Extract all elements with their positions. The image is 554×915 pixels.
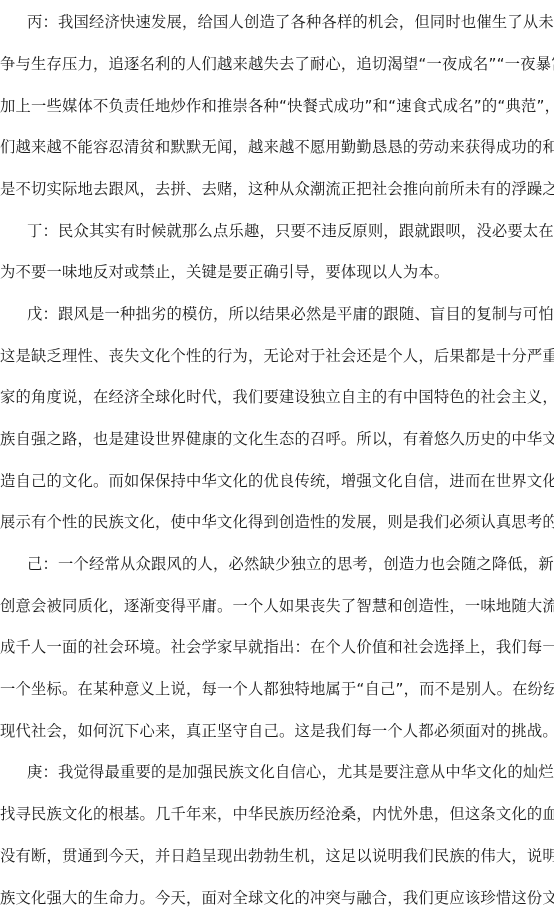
paragraph-geng-line-2: 找寻民族文化的根基。几千年来，中华民族历经沧桑，内忧外患，但这条文化的血脉却一直 xyxy=(0,802,554,826)
paragraph-ji-line-3: 成千人一面的社会环境。社会学家早就指出：在个人价值和社会选择上，我们每一个都拥有 xyxy=(0,635,554,659)
paragraph-wu-line-6: 展示有个性的民族文化，使中华文化得到创造性的发展，则是我们必须认真思考的问题。 xyxy=(0,510,554,534)
paragraph-geng-line-3: 没有断，贯通到今天，并日趋呈现出勃勃生机，这足以说明我们民族的伟大，说明了我们民 xyxy=(0,844,554,868)
paragraph-wu-line-4: 族自强之路，也是建设世界健康的文化生态的召呼。所以，有着悠久历史的中华文明理应创 xyxy=(0,427,554,451)
paragraph-ji-line-1: 己：一个经常从众跟风的人，必然缺少独立的思考，创造力也会随之降低，新方法和好 xyxy=(27,552,554,576)
paragraph-geng-line-4: 族文化强大的生命力。今天，面对全球文化的冲突与融合，我们更应该珍惜这份文化遗产， xyxy=(0,886,554,910)
paragraph-wu-line-2: 这是缺乏理性、丧失文化个性的行为，无论对于社会还是个人，后果都是十分严重的。从国 xyxy=(0,344,554,368)
paragraph-bing-line-1: 丙：我国经济快速发展，给国人创造了各种各样的机会，但同时也催生了从未有过的竞 xyxy=(27,10,554,34)
paragraph-wu-line-3: 家的角度说，在经济全球化时代，我们要建设独立自主的有中国特色的社会主义，这既是民 xyxy=(0,385,554,409)
paragraph-ji-line-2: 创意会被同质化，逐渐变得平庸。一个人如果丧失了智慧和创造性，一味地随大流，就会造 xyxy=(0,594,554,618)
paragraph-bing-line-2: 争与生存压力，追逐名利的人们越来越失去了耐心，追切渴望“一夜成名”“一夜暴富”，… xyxy=(0,52,554,76)
document-page: 丙：我国经济快速发展，给国人创造了各种各样的机会，但同时也催生了从未有过的竞 争… xyxy=(0,0,554,915)
paragraph-ji-line-5: 现代社会，如何沉下心来，真正坚守自己。这是我们每一个人都必须面对的挑战。 xyxy=(0,719,554,743)
paragraph-ji-line-4: 一个坐标。在某种意义上说，每一个人都独特地属于“自己”，而不是别人。在纷纭复杂的 xyxy=(0,677,554,701)
paragraph-bing-line-5: 是不切实际地去跟风，去拼、去赌，这种从众潮流正把社会推向前所未有的浮躁之中。 xyxy=(0,177,554,201)
paragraph-ding-line-2: 为不要一味地反对或禁止，关键是要正确引导，要体现以人为本。 xyxy=(0,260,449,284)
paragraph-wu-line-1: 戊：跟风是一种拙劣的模仿，所以结果必然是平庸的跟随、盲目的复制与可怕的同化， xyxy=(27,302,554,326)
paragraph-ding-line-1: 丁：民众其实有时候就那么点乐趣，只要不违反原则，跟就跟呗，没必要太在意。我认 xyxy=(27,219,554,243)
paragraph-wu-line-5: 造自己的文化。而如保保持中华文化的优良传统，增强文化自信，进而在世界文化大舞台上 xyxy=(0,469,554,493)
paragraph-bing-line-4: 们越来越不能容忍清贫和默默无闻，越来越不愿用勤勤恳恳的劳动来获得成功的和荣誉，而 xyxy=(0,135,554,159)
paragraph-bing-line-3: 加上一些媒体不负责任地炒作和推崇各种“快餐式成功”和“速食式成名”的“典范”，人 xyxy=(0,94,554,118)
paragraph-geng-line-1: 庚：我觉得最重要的是加强民族文化自信心，尤其是要注意从中华文化的灿烂历史中去 xyxy=(27,760,554,784)
